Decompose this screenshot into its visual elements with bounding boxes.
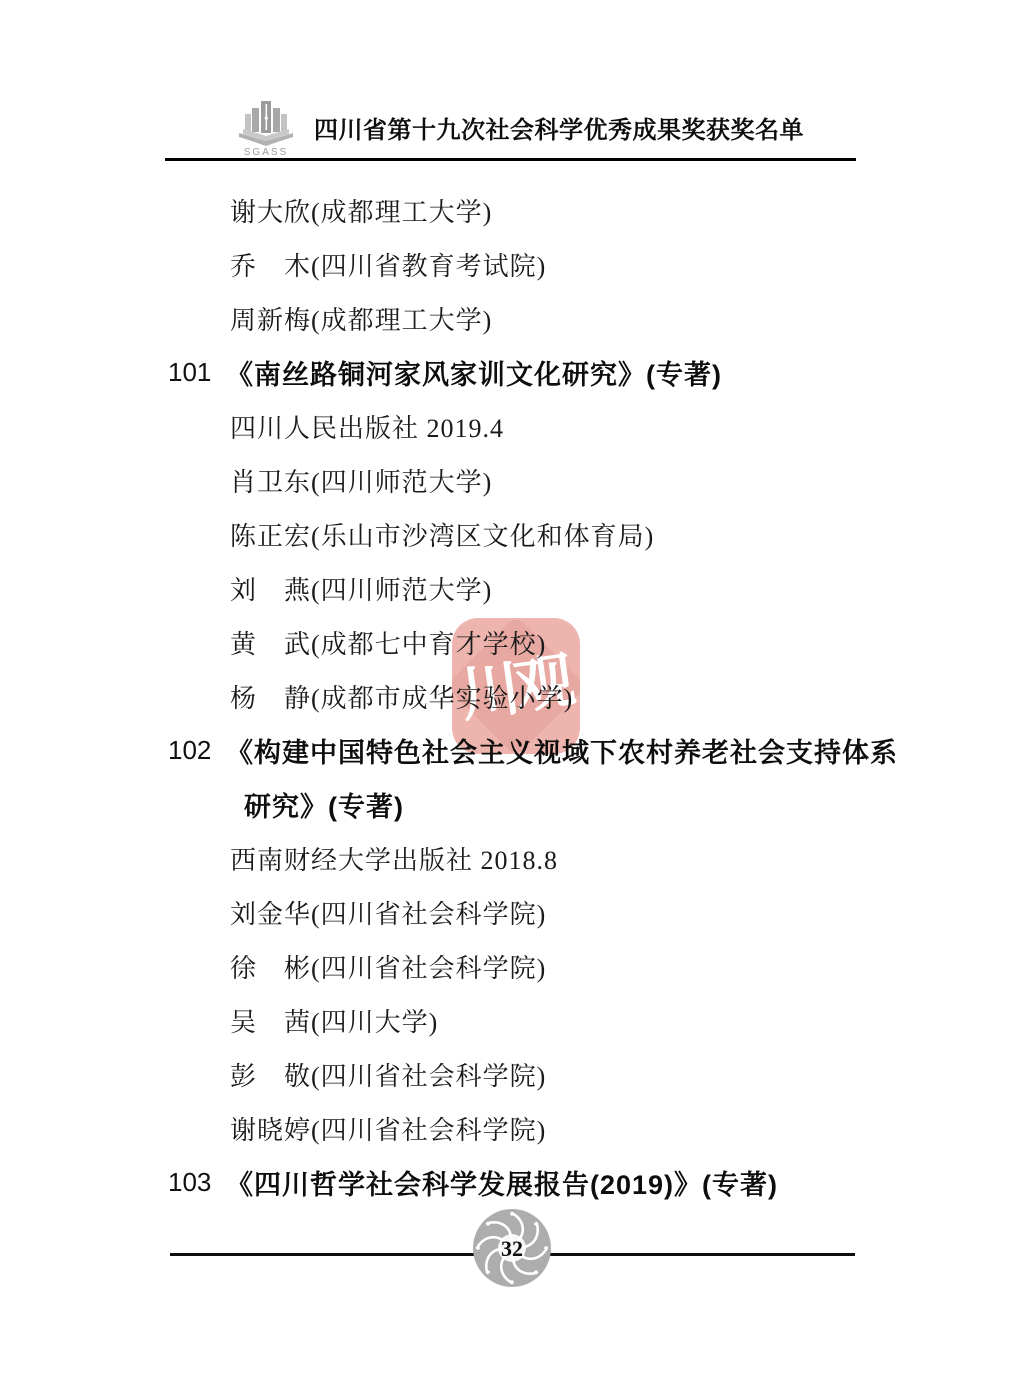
entry-101: 101 《南丝路铜河家风家训文化研究》(专著) — [168, 345, 868, 399]
author-line: 谢晓婷(四川省社会科学院) — [168, 1101, 868, 1155]
swirl-ornament-icon: 32 — [472, 1208, 552, 1288]
award-list: 谢大欣(成都理工大学) 乔 木(四川省教育考试院) 周新梅(成都理工大学) 10… — [168, 183, 868, 1209]
entry-title: 《四川哲学社会科学发展报告(2019)》(专著) — [226, 1163, 778, 1202]
entry-number: 103 — [168, 1167, 226, 1198]
entry-102: 102 《构建中国特色社会主义视域下农村养老社会支持体系 — [168, 723, 868, 777]
author-line: 周新梅(成都理工大学) — [168, 291, 868, 345]
logo-caption: SGASS — [244, 147, 288, 158]
entry-number: 102 — [168, 735, 226, 766]
publisher-line: 西南财经大学出版社 2018.8 — [168, 831, 868, 885]
sgass-logo: SGASS — [234, 96, 298, 158]
entry-title: 《南丝路铜河家风家训文化研究》(专著) — [226, 353, 722, 392]
author-line: 黄 武(成都七中育才学校) — [168, 615, 868, 669]
author-line: 彭 敬(四川省社会科学院) — [168, 1047, 868, 1101]
page-title: 四川省第十九次社会科学优秀成果奖获奖名单 — [314, 110, 804, 145]
author-line: 徐 彬(四川省社会科学院) — [168, 939, 868, 993]
author-line: 刘 燕(四川师范大学) — [168, 561, 868, 615]
author-line: 刘金华(四川省社会科学院) — [168, 885, 868, 939]
entry-102-title-continuation: 研究》(专著) — [168, 777, 868, 831]
sgass-logo-icon — [237, 96, 295, 146]
author-line: 肖卫东(四川师范大学) — [168, 453, 868, 507]
author-line: 乔 木(四川省教育考试院) — [168, 237, 868, 291]
document-page: SGASS 四川省第十九次社会科学优秀成果奖获奖名单 川 观 谢大欣(成都理工大… — [0, 0, 1024, 1380]
entry-title-continuation: 研究》(专著) — [244, 785, 404, 824]
publisher-line: 四川人民出版社 2019.4 — [168, 399, 868, 453]
author-line: 杨 静(成都市成华实验小学) — [168, 669, 868, 723]
entry-103: 103 《四川哲学社会科学发展报告(2019)》(专著) — [168, 1155, 868, 1209]
header-divider — [165, 158, 856, 161]
author-line: 谢大欣(成都理工大学) — [168, 183, 868, 237]
entry-number: 101 — [168, 357, 226, 388]
author-line: 陈正宏(乐山市沙湾区文化和体育局) — [168, 507, 868, 561]
page-number: 32 — [501, 1236, 523, 1261]
entry-title: 《构建中国特色社会主义视域下农村养老社会支持体系 — [226, 731, 898, 770]
page-header: SGASS 四川省第十九次社会科学优秀成果奖获奖名单 — [234, 96, 804, 158]
page-number-ornament: 32 — [472, 1208, 552, 1288]
author-line: 吴 茜(四川大学) — [168, 993, 868, 1047]
